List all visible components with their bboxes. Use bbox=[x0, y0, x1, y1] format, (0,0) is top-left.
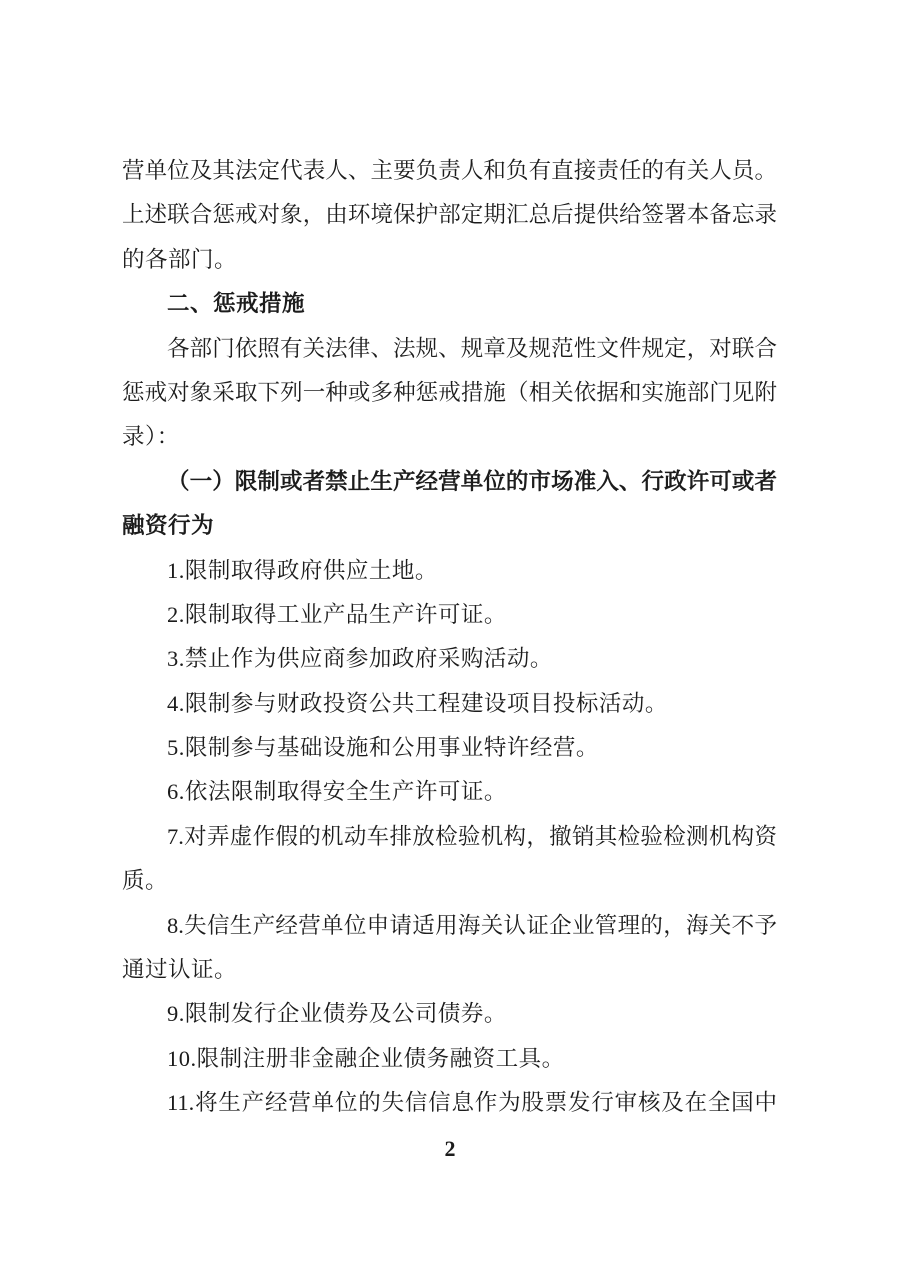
text-line: 营单位及其法定代表人、主要负责人和负有直接责任的有关人员。 bbox=[122, 149, 777, 193]
text-line: 10.限制注册非金融企业债务融资工具。 bbox=[122, 1037, 777, 1081]
text-line: 7.对弄虚作假的机动车排放检验机构，撤销其检验检测机构资 bbox=[122, 815, 777, 859]
heading-line: 二、惩戒措施 bbox=[122, 282, 777, 326]
text-line: 惩戒对象采取下列一种或多种惩戒措施（相关依据和实施部门见附 bbox=[122, 371, 777, 415]
text-line: 各部门依照有关法律、法规、规章及规范性文件规定，对联合 bbox=[122, 327, 777, 371]
text-line: 质。 bbox=[122, 859, 777, 903]
text-line: 9.限制发行企业债券及公司债券。 bbox=[122, 992, 777, 1036]
text-line: 11.将生产经营单位的失信信息作为股票发行审核及在全国中 bbox=[122, 1081, 777, 1125]
heading-line: 融资行为 bbox=[122, 504, 777, 548]
page-number: 2 bbox=[0, 1136, 900, 1162]
document-text-block: 营单位及其法定代表人、主要负责人和负有直接责任的有关人员。上述联合惩戒对象，由环… bbox=[122, 149, 777, 1126]
text-line: 4.限制参与财政投资公共工程建设项目投标活动。 bbox=[122, 682, 777, 726]
text-line: 上述联合惩戒对象，由环境保护部定期汇总后提供给签署本备忘录 bbox=[122, 193, 777, 237]
text-line: 录）： bbox=[122, 415, 777, 459]
text-line: 2.限制取得工业产品生产许可证。 bbox=[122, 593, 777, 637]
text-line: 通过认证。 bbox=[122, 948, 777, 992]
text-line: 5.限制参与基础设施和公用事业特许经营。 bbox=[122, 726, 777, 770]
heading-line: （一）限制或者禁止生产经营单位的市场准入、行政许可或者 bbox=[122, 460, 777, 504]
text-line: 6.依法限制取得安全生产许可证。 bbox=[122, 770, 777, 814]
document-page: 营单位及其法定代表人、主要负责人和负有直接责任的有关人员。上述联合惩戒对象，由环… bbox=[0, 0, 900, 1273]
text-line: 8.失信生产经营单位申请适用海关认证企业管理的，海关不予 bbox=[122, 904, 777, 948]
text-line: 3.禁止作为供应商参加政府采购活动。 bbox=[122, 637, 777, 681]
text-line: 的各部门。 bbox=[122, 238, 777, 282]
text-line: 1.限制取得政府供应土地。 bbox=[122, 549, 777, 593]
